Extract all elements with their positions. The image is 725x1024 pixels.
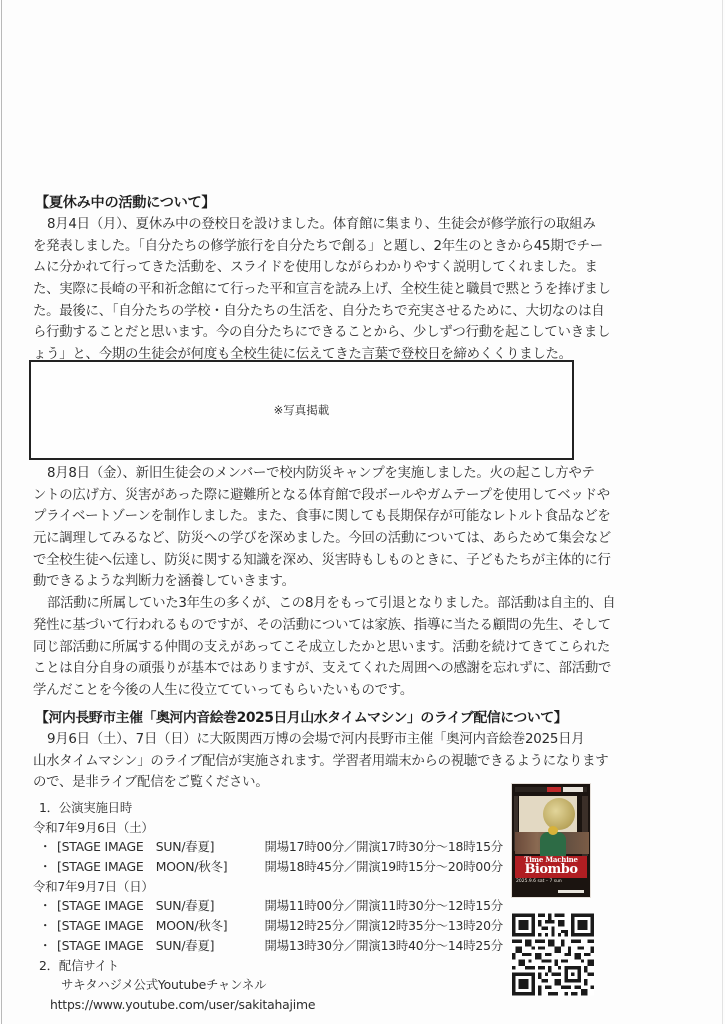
person-head-illustration [548,826,558,835]
text-line: 山水タイムマシン」のライブ配信が実施されます。学習者用端末からの視聴できるように… [33,751,578,773]
text-line: 元に調理してみるなど、防災への学びを深めました。今回の活動については、あらためて… [33,528,578,550]
paragraph-school-day: 8月4日（月）、夏休み中の登校日を設けました。体育館に集まり、生徒会が修学旅行の… [33,214,578,366]
text-line: ので、是非ライブ配信をご覧ください。 [33,772,578,794]
stage-time: 開場13時30分／開演13時40分～14時25分 [265,936,504,956]
poster-title-line2: Biombo [512,862,590,877]
schedule-date-day2: 令和7年9月7日（日） [33,877,503,897]
summer-activities-section: 【夏休み中の活動について】 8月4日（月）、夏休み中の登校日を設けました。体育館… [33,192,578,366]
channel-url-link[interactable]: https://www.youtube.com/user/sakitahajim… [33,995,503,1015]
photo-placeholder-box: ※写真掲載 [29,360,574,460]
text-line: 8月8日（金）、新旧生徒会のメンバーで校内防災キャンプを実施しました。火の起こし… [33,463,578,485]
bullet: ・ [33,896,57,916]
qr-code-icon[interactable] [512,913,594,996]
poster-bottom-bar [558,890,584,893]
bullet: ・ [33,916,57,936]
schedule-heading-site: 2．配信サイト [33,956,503,976]
text-line: 同じ部活動に所属する仲間の支えがあってこそ成立したかと思います。活動を続けてきて… [33,637,578,659]
text-line: 発性に基づいて行われるものですが、その活動については家族、指導に当たる顧問の先生… [33,615,578,637]
text-line: 動できるような判断力を涵養していきます。 [33,571,578,593]
schedule-date-day1: 令和7年9月6日（土） [33,818,503,838]
stage-time: 開場11時00分／開演11時30分～12時15分 [265,896,504,916]
schedule-item: ・ [STAGE IMAGE SUN/春夏] 開場17時00分／開演17時30分… [33,837,503,857]
bullet: ・ [33,857,57,877]
moon-illustration [543,798,575,830]
stage-name: [STAGE IMAGE MOON/秋冬] [57,857,265,877]
stage-name: [STAGE IMAGE SUN/春夏] [57,936,265,956]
text-line: ムに分かれて行ってきた活動を、スライドを使用しながらわかりやすく説明してくれまし… [33,257,578,279]
section-title-summer: 【夏休み中の活動について】 [35,192,578,214]
text-line: 部活動に所属していた3年生の多くが、この8月をもって引退となりました。部活動は自… [33,593,578,615]
poster-top-bar [515,787,587,792]
stage-time: 開場17時00分／開演17時30分～18時15分 [265,837,504,857]
stage-name: [STAGE IMAGE SUN/春夏] [57,837,265,857]
paragraph-club-retirement: 部活動に所属していた3年生の多くが、この8月をもって引退となりました。部活動は自… [33,593,578,701]
text-line: ことは自分自身の頑張りが基本ではありますが、支えてくれた周囲への感謝を忘れずに、… [33,658,578,680]
poster-date: 2025.9.6 sat – 7 sun [516,879,562,884]
text-line: 学んだことを今後の人生に役立てていってもらいたいものです。 [33,680,578,702]
text-line: ら行動することだと思います。今の自分たちにできることから、少しずつ行動を起こして… [33,322,578,344]
text-line: ントの広げ方、災害があった際に避難所となる体育館で段ボールやガムテープを使用して… [33,485,578,507]
bullet: ・ [33,837,57,857]
stage-name: [STAGE IMAGE MOON/秋冬] [57,916,265,936]
section-title-live-stream: 【河内長野市主催「奥河内音絵巻2025日月山水タイムマシン」のライブ配信について… [35,707,578,729]
scan-edge-left [1,0,2,1024]
channel-name: サキタハジメ公式Youtubeチャンネル [33,975,503,995]
live-stream-section: 【河内長野市主催「奥河内音絵巻2025日月山水タイムマシン」のライブ配信について… [33,707,578,794]
text-line: た、実際に長崎の平和祈念館にて行った平和宣言を読み上げ、全校生徒と職員で黙とうを… [33,279,578,301]
text-line: た。最後に、「自分たちの学校・自分たちの生活を、自分たちで充実させるために、大切… [33,301,578,323]
paragraph-live-stream: 9月6日（土）、7日（日）に大阪関西万博の会場で河内長野市主催「奥河内音絵巻20… [33,729,578,794]
stage-time: 開場12時25分／開演12時35分～13時20分 [265,916,504,936]
schedule-heading-dates: 1．公演実施日時 [33,798,503,818]
schedule-item: ・ [STAGE IMAGE MOON/秋冬] 開場12時25分／開演12時35… [33,916,503,936]
text-line: で全校生徒へ伝達し、防災に関する知識を深め、災害時もしものときに、子どもたちが主… [33,550,578,572]
text-line: プライベートゾーンを制作しました。また、食事に関しても長期保存が可能なレトルト食… [33,506,578,528]
paragraph-disaster-camp: 8月8日（金）、新旧生徒会のメンバーで校内防災キャンプを実施しました。火の起こし… [33,463,578,593]
photo-placeholder-label: ※写真掲載 [274,402,330,418]
poster-white-tag [563,787,583,792]
text-line: 9月6日（土）、7日（日）に大阪関西万博の会場で河内長野市主催「奥河内音絵巻20… [33,729,578,751]
performance-schedule: 1．公演実施日時 令和7年9月6日（土） ・ [STAGE IMAGE SUN/… [33,798,503,1015]
stage-time: 開場18時45分／開演19時15分～20時00分 [265,857,504,877]
schedule-item: ・ [STAGE IMAGE SUN/春夏] 開場11時00分／開演11時30分… [33,896,503,916]
bullet: ・ [33,936,57,956]
stage-name: [STAGE IMAGE SUN/春夏] [57,896,265,916]
schedule-item: ・ [STAGE IMAGE SUN/春夏] 開場13時30分／開演13時40分… [33,936,503,956]
poster-red-tag [547,787,561,792]
text-line: を発表しました。「自分たちの修学旅行を自分たちで創る」と題し、2年生のときから4… [33,236,578,258]
event-poster-image: Time Machine Biombo 2025.9.6 sat – 7 sun [511,783,591,898]
scan-edge-right [722,0,723,1024]
text-line: 8月4日（月）、夏休み中の登校日を設けました。体育館に集まり、生徒会が修学旅行の… [33,214,578,236]
schedule-item: ・ [STAGE IMAGE MOON/秋冬] 開場18時45分／開演19時15… [33,857,503,877]
disaster-camp-and-clubs: 8月8日（金）、新旧生徒会のメンバーで校内防災キャンプを実施しました。火の起こし… [33,463,578,702]
